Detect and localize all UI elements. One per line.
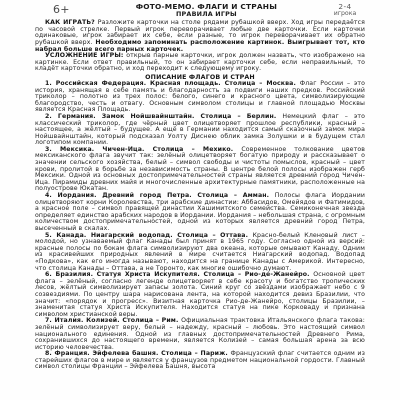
body-text: Полосы флага Иордании олицетворяют корни… <box>35 192 365 232</box>
age-rating-badge: 6+ <box>53 3 70 16</box>
flag-country-item-8: 8. Франция. Эйфелева башня. Столица – Па… <box>35 351 365 371</box>
page-subtitle: ПРАВИЛА ИГРЫ <box>84 11 329 18</box>
page-content: 6+ ФОТО-МЕМО. ФЛАГИ И СТРАНЫ ПРАВИЛА ИГР… <box>35 3 365 371</box>
body-text: Основной цвет флага – зелёный, согласно … <box>35 271 365 318</box>
rules-body: КАК ИГРАТЬ? Разложите карточки на столе … <box>35 20 365 371</box>
masthead: 6+ ФОТО-МЕМО. ФЛАГИ И СТРАНЫ ПРАВИЛА ИГР… <box>53 3 361 18</box>
rules-page: 6+ ФОТО-МЕМО. ФЛАГИ И СТРАНЫ ПРАВИЛА ИГР… <box>0 0 400 400</box>
players-label: игрока <box>329 11 361 17</box>
flag-country-item-4: 4. Иордания. Древний город Петра. Столиц… <box>35 193 365 233</box>
body-text: Красно-белый Кленовый лист – молодой, но… <box>35 232 365 272</box>
flag-country-item-5: 5. Канада. Ниагарский водопад. Столица –… <box>35 233 365 273</box>
how-to-play-paragraph: КАК ИГРАТЬ? Разложите карточки на столе … <box>35 20 365 53</box>
title-block: ФОТО-МЕМО. ФЛАГИ И СТРАНЫ ПРАВИЛА ИГРЫ <box>70 3 329 18</box>
advanced-rules-paragraph: УСЛОЖНЕНИЕ ИГРЫ: открыв парные карточки,… <box>35 53 365 73</box>
flag-country-item-6: 6. Бразилия. Статуя Христа Искупителя. С… <box>35 272 365 318</box>
flag-items: 1. Российская Федерация. Красная площадь… <box>35 81 365 371</box>
flag-country-item-1: 1. Российская Федерация. Красная площадь… <box>35 81 365 114</box>
flag-country-item-7: 7. Италия. Колизей. Столица – Рим. Офици… <box>35 318 365 351</box>
flag-country-item-2: 2. Германия. Замок Нойшвайнштайн. Столиц… <box>35 114 365 147</box>
players-count-badge: 2-4 игрока <box>329 3 361 17</box>
flag-country-item-3: 3. Мексика. Чичен-Ица. Столица – Мехико.… <box>35 147 365 193</box>
body-text: Современное толкование цветов мексиканск… <box>35 146 365 193</box>
